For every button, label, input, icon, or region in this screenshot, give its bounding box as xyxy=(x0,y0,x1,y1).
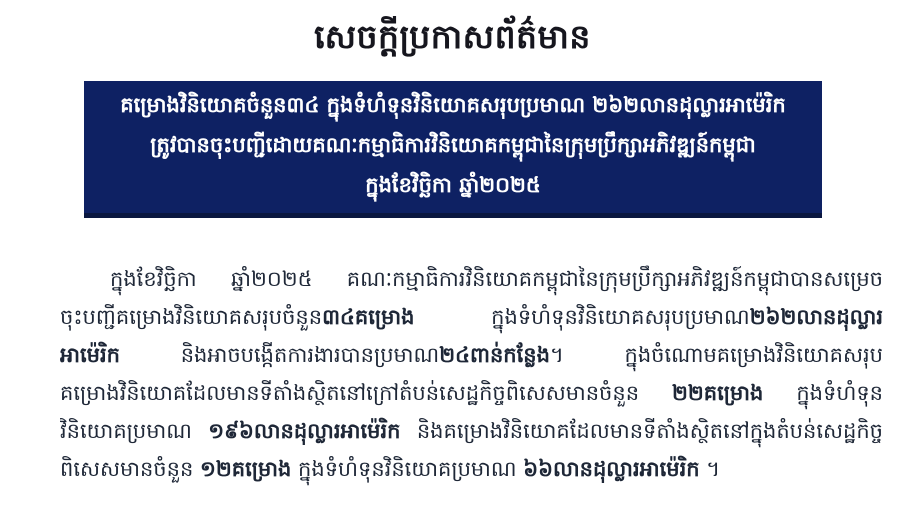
body-segment: ១២គម្រោង xyxy=(200,457,291,481)
press-release-page: សេចក្តីប្រកាសព័ត៌មាន គម្រោងវិនិយោគចំនួន៣… xyxy=(0,0,905,509)
body-paragraph: ក្នុងខែវិច្ឆិកា ឆ្នាំ២០២៥ គណៈកម្មាធិការវ… xyxy=(60,260,883,488)
body-segment: ក្នុងខែវិច្ឆិកា ឆ្នាំ២០២៥ គណៈកម្មាធិការវ… xyxy=(110,267,883,291)
body-segment: ក្នុងទំហំទុនវិនិយោគសរុបប្រមាណ xyxy=(414,305,749,329)
body-line: ចុះបញ្ជីគម្រោងវិនិយោគសរុបចំនួន៣៤គម្រោង ក… xyxy=(60,298,883,336)
body-segment: ៦៦លានដុល្លារអាម៉េរិក xyxy=(523,457,699,481)
body-segment: ២៦២លានដុល្លារ xyxy=(750,305,883,329)
banner-line: ក្នុងខែវិច្ឆិកា ឆ្នាំ២០២៥ xyxy=(365,165,540,205)
headline-banner: គម្រោងវិនិយោគចំនួន៣៤ ក្នុងទំហំទុនវិនិយោគ… xyxy=(84,81,822,218)
body-line: គម្រោងវិនិយោគដែលមានទីតាំងស្ថិតនៅក្រៅតំបន… xyxy=(60,374,883,412)
body-segment: ចុះបញ្ជីគម្រោងវិនិយោគសរុបចំនួន xyxy=(60,305,322,329)
body-segment: គម្រោងវិនិយោគដែលមានទីតាំងស្ថិតនៅក្រៅតំបន… xyxy=(60,381,672,405)
body-segment: ២៤ពាន់កន្លែង xyxy=(439,343,550,367)
banner-line: គម្រោងវិនិយោគចំនួន៣៤ ក្នុងទំហំទុនវិនិយោគ… xyxy=(120,85,785,125)
body-segment: អាម៉េរិក xyxy=(60,343,120,367)
body-segment: ។ ក្នុងចំណោមគម្រោងវិនិយោគសរុប xyxy=(550,343,883,367)
body-line: វិនិយោគប្រមាណ ១៩៦លានដុល្លារអាម៉េរិក និងគ… xyxy=(60,412,883,450)
body-segment: ពិសេសមានចំនួន xyxy=(60,457,200,481)
body-segment: ក្នុងទំហំទុនវិនិយោគប្រមាណ xyxy=(291,457,523,481)
page-title: សេចក្តីប្រកាសព័ត៌មាន xyxy=(0,0,905,60)
body-line: អាម៉េរិក និងអាចបង្កើតការងារបានប្រមាណ២៤ពា… xyxy=(60,336,883,374)
banner-line: ត្រូវបានចុះបញ្ជីដោយគណៈកម្មាធិការវិនិយោគក… xyxy=(150,125,755,165)
body-segment: និងគម្រោងវិនិយោគដែលមានទីតាំងស្ថិតនៅក្នុង… xyxy=(401,419,884,443)
body-segment: ១៩៦លានដុល្លារអាម៉េរិក xyxy=(208,419,400,443)
body-line: ពិសេសមានចំនួន ១២គម្រោង ក្នុងទំហំទុនវិនិយ… xyxy=(60,450,883,488)
body-segment: វិនិយោគប្រមាណ xyxy=(60,419,208,443)
body-segment: ៣៤គម្រោង xyxy=(322,305,414,329)
body-segment: ។ xyxy=(700,457,721,481)
body-line: ក្នុងខែវិច្ឆិកា ឆ្នាំ២០២៥ គណៈកម្មាធិការវ… xyxy=(60,260,883,298)
body-segment: ក្នុងទំហំទុន xyxy=(763,381,883,405)
body-segment: ២២គម្រោង xyxy=(672,381,763,405)
body-segment: និងអាចបង្កើតការងារបានប្រមាណ xyxy=(120,343,439,367)
